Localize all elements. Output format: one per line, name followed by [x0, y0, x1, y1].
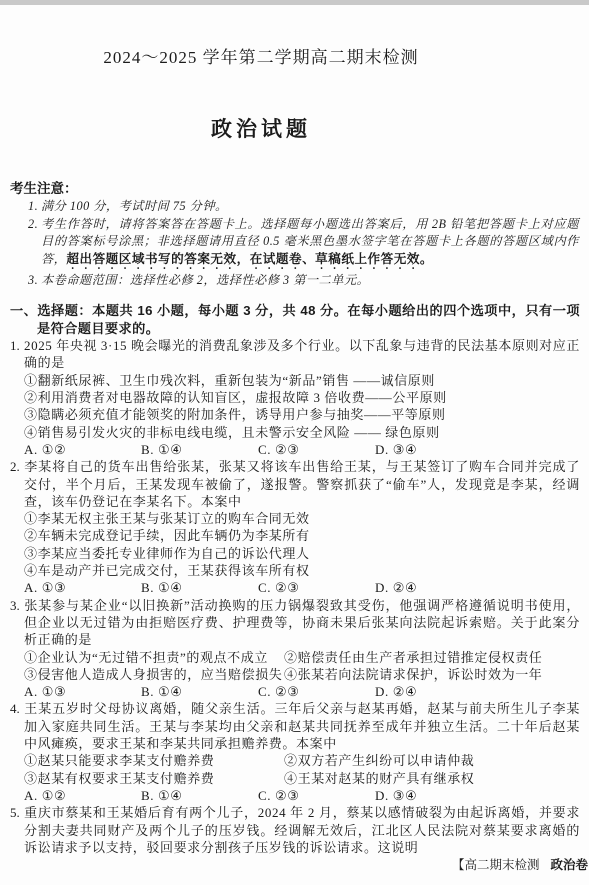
choice-option: A. ①② [24, 441, 141, 458]
choice-option: A. ①③ [24, 579, 141, 596]
statement-item: ④王某对赵某的财产具有继承权 [284, 770, 580, 787]
statement-item: ②双方若产生纠纷可以申请仲裁 [284, 752, 580, 769]
choice-option: D. ③④ [375, 787, 580, 804]
notice-item: 1.满分 100 分，考试时间 75 分钟。 [28, 198, 579, 216]
notice-emphasis-text: 超出答题区域书写的答案无效，在试题卷、草稿纸上作答无效。 [66, 252, 433, 266]
question-stem: 王某五岁时父母协议离婚，随父亲生活。三年后父亲与赵某再婚，赵某与前夫所生儿子李某… [24, 701, 580, 751]
statement-item: ③李某应当委托专业律师作为自己的诉讼代理人 [24, 545, 580, 562]
statement-item: ②赔偿责任由生产者承担过错推定侵权责任 [284, 649, 580, 666]
question-number: 2. [10, 458, 24, 475]
exam-paper-page: 2024～2025 学年第二学期高二期末检测 政治试题 考生注意： 1.满分 1… [0, 0, 589, 885]
notice-item-text: 本卷命题范围：选择性必修 2，选择性必修 3 第一二单元。 [41, 273, 369, 287]
question-stem: 2025 年央视 3·15 晚会曝光的消费乱象涉及多个行业。以下乱象与违背的民法… [24, 338, 580, 370]
notice-section: 考生注意： 1.满分 100 分，考试时间 75 分钟。2.考生作答时，请将答案… [10, 179, 579, 289]
choice-row: A. ①③B. ①④C. ②③D. ②④ [24, 683, 580, 700]
scan-edge-strip [0, 0, 589, 5]
question-number: 3. [10, 597, 24, 614]
choice-option: C. ②③ [258, 683, 375, 700]
choice-option: B. ①④ [141, 683, 258, 700]
choice-option: D. ②④ [375, 683, 580, 700]
notice-item-number: 2. [28, 216, 38, 234]
choice-option: C. ②③ [258, 579, 375, 596]
notice-item-number: 3. [28, 272, 38, 290]
question: 5.重庆市蔡某和王某婚后育有两个儿子，2024 年 2 月，蔡某以感情破裂为由起… [10, 804, 580, 856]
notice-item-number: 1. [28, 198, 38, 216]
statement-item: ③赵某有权要求王某支付赡养费 [24, 770, 284, 787]
statement-item: ①李某无权主张王某与张某订立的购车合同无效 [24, 510, 580, 527]
statement-item: ②车辆未完成登记手续，因此车辆仍为李某所有 [24, 527, 580, 544]
question: 3.张某参与某企业“以旧换新”活动换购的压力锅爆裂致其受伤，他强调严格遵循说明书… [10, 597, 580, 701]
statement-item: ②利用消费者对电器故障的认知盲区，虚报故障 3 倍收费——公平原则 [24, 389, 580, 406]
question: 4.王某五岁时父母协议离婚，随父亲生活。三年后父亲与赵某再婚，赵某与前夫所生儿子… [10, 700, 580, 804]
statement-item: ④销售易引发火灾的非标电线电缆，且未警示安全风险 —— 绿色原则 [24, 424, 580, 441]
statement-item: ④车是动产并已完成交付，王某获得该车所有权 [24, 562, 580, 579]
page-footer: 【高二期末检测政治卷 [452, 855, 588, 873]
notice-heading: 考生注意： [10, 179, 579, 198]
question-stem-line: 1.2025 年央视 3·15 晚会曝光的消费乱象涉及多个行业。以下乱象与违背的… [10, 337, 580, 372]
choice-option: A. ①③ [24, 683, 141, 700]
choice-row: A. ①③B. ①④C. ②③D. ②④ [24, 579, 580, 596]
statement-group: ①翻新纸尿裤、卫生巾残次料，重新包装为“新品”销售 ——诚信原则②利用消费者对电… [24, 372, 580, 441]
question-stem: 李某将自己的货车出售给张某，张某又将该车出售给王某，与王某签订了购车合同并完成了… [24, 459, 580, 509]
choice-option: C. ②③ [258, 441, 375, 458]
statement-item: ④张某若向法院请求保护，诉讼时效为一年 [284, 666, 580, 683]
question-number: 5. [10, 804, 24, 821]
choice-option: A. ①② [24, 787, 141, 804]
question-list: 1.2025 年央视 3·15 晚会曝光的消费乱象涉及多个行业。以下乱象与违背的… [10, 337, 580, 856]
statement-item: ①企业认为“无过错不担责”的观点不成立 [24, 649, 284, 666]
statement-group: ①赵某只能要求李某支付赡养费②双方若产生纠纷可以申请仲裁③赵某有权要求王某支付赡… [24, 752, 580, 787]
statement-item: ①赵某只能要求李某支付赡养费 [24, 752, 284, 769]
notice-item: 2.考生作答时，请将答案答在答题卡上。选择题每小题选出答案后，用 2B 铅笔把答… [28, 216, 579, 272]
question-number: 1. [10, 337, 24, 354]
choice-row: A. ①②B. ①④C. ②③D. ③④ [24, 441, 580, 458]
question-stem-line: 4.王某五岁时父母协议离婚，随父亲生活。三年后父亲与赵某再婚，赵某与前夫所生儿子… [10, 700, 580, 752]
statement-item: ③隐瞒必须充值才能领奖的附加条件，诱导用户参与抽奖——平等原则 [24, 406, 580, 423]
statement-group: ①李某无权主张王某与张某订立的购车合同无效②车辆未完成登记手续，因此车辆仍为李某… [24, 510, 580, 579]
choice-option: D. ②④ [375, 579, 580, 596]
question-stem: 张某参与某企业“以旧换新”活动换购的压力锅爆裂致其受伤，他强调严格遵循说明书使用… [24, 598, 580, 648]
notice-item-text: 满分 100 分，考试时间 75 分钟。 [41, 199, 228, 213]
question-stem-line: 2.李某将自己的货车出售给张某，张某又将该车出售给王某，与王某签订了购车合同并完… [10, 458, 580, 510]
choice-option: C. ②③ [258, 787, 375, 804]
choice-option: B. ①④ [141, 787, 258, 804]
choice-row: A. ①②B. ①④C. ②③D. ③④ [24, 787, 580, 804]
choice-option: B. ①④ [141, 579, 258, 596]
statement-group: ①企业认为“无过错不担责”的观点不成立②赔偿责任由生产者承担过错推定侵权责任③侵… [24, 649, 580, 684]
statement-item: ①翻新纸尿裤、卫生巾残次料，重新包装为“新品”销售 ——诚信原则 [24, 372, 580, 389]
question-stem-line: 5.重庆市蔡某和王某婚后育有两个儿子，2024 年 2 月，蔡某以感情破裂为由起… [10, 804, 580, 856]
exam-title: 2024～2025 学年第二学期高二期末检测 [0, 43, 522, 68]
choice-option: B. ①④ [141, 441, 258, 458]
notice-item: 3.本卷命题范围：选择性必修 2，选择性必修 3 第一二单元。 [28, 272, 579, 290]
notice-list: 1.满分 100 分，考试时间 75 分钟。2.考生作答时，请将答案答在答题卡上… [28, 198, 579, 289]
section-header: 一、选择题：本题共 16 小题，每小题 3 分，共 48 分。在每小题给出的四个… [10, 302, 580, 337]
question: 2.李某将自己的货车出售给张某，张某又将该车出售给王某，与王某签订了购车合同并完… [10, 458, 580, 596]
question-number: 4. [10, 700, 24, 717]
footer-paper-name: 政治卷 [550, 858, 588, 872]
question-stem-line: 3.张某参与某企业“以旧换新”活动换购的压力锅爆裂致其受伤，他强调严格遵循说明书… [10, 597, 580, 649]
question: 1.2025 年央视 3·15 晚会曝光的消费乱象涉及多个行业。以下乱象与违背的… [10, 337, 580, 458]
statement-item: ③侵害他人造成人身损害的，应当赔偿损失 [24, 666, 284, 683]
question-stem: 重庆市蔡某和王某婚后育有两个儿子，2024 年 2 月，蔡某以感情破裂为由起诉离… [24, 805, 580, 855]
footer-exam-name: 【高二期末检测 [452, 858, 540, 872]
choice-option: D. ③④ [375, 441, 580, 458]
exam-header: 2024～2025 学年第二学期高二期末检测 政治试题 [0, 0, 522, 143]
exam-subject-title: 政治试题 [0, 113, 522, 143]
